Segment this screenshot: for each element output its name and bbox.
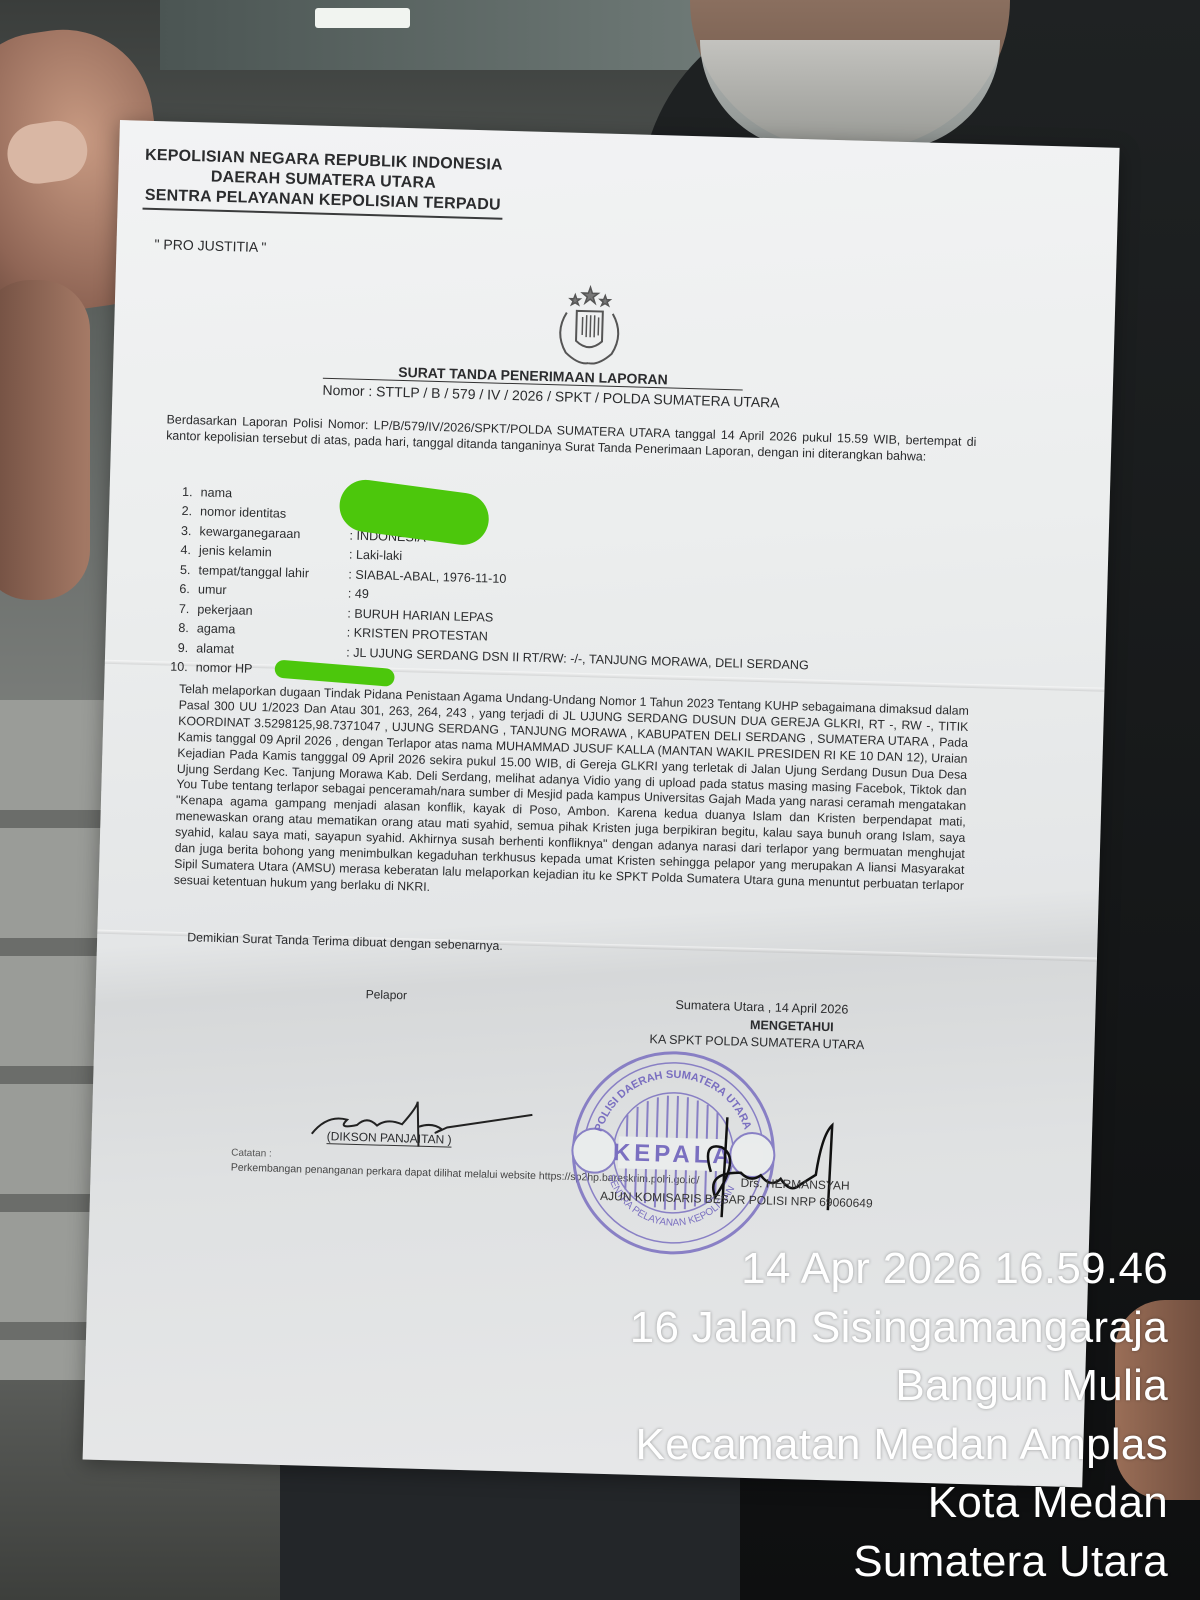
- watermark-address-line: Bangun Mulia: [630, 1357, 1168, 1416]
- watermark-address-line: Kecamatan Medan Amplas: [630, 1416, 1168, 1475]
- watermark-address-line: Kota Medan: [630, 1474, 1168, 1533]
- field-number: 3.: [163, 523, 199, 538]
- field-number: 5.: [162, 562, 198, 577]
- field-label: nomor identitas: [200, 505, 350, 523]
- field-number: 2.: [164, 504, 200, 519]
- reporter-label: Pelapor: [365, 987, 407, 1002]
- field-label: tempat/tanggal lahir: [198, 563, 348, 581]
- field-number: 8.: [161, 621, 197, 636]
- ceiling-light: [315, 8, 410, 28]
- field-number: 9.: [160, 640, 196, 655]
- field-label: alamat: [196, 641, 346, 659]
- watermark-timestamp: 14 Apr 2026 16.59.46: [630, 1240, 1168, 1299]
- field-label: agama: [197, 622, 347, 640]
- photo-watermark: 14 Apr 2026 16.59.46 16 Jalan Sisingaman…: [630, 1240, 1168, 1591]
- field-label: umur: [198, 583, 348, 601]
- acknowledged-label: MENGETAHUI: [750, 1018, 834, 1034]
- note-label: Catatan :: [231, 1148, 272, 1160]
- police-emblem-icon: [543, 282, 635, 374]
- pro-justitia: " PRO JUSTITIA ": [154, 236, 266, 255]
- background-window: [160, 0, 720, 70]
- thumbnail: [4, 117, 92, 188]
- report-body: Telah melaporkan dugaan Tindak Pidana Pe…: [174, 682, 969, 911]
- letterhead: KEPOLISIAN NEGARA REPUBLIK INDONESIA DAE…: [143, 146, 505, 220]
- intro-paragraph: Berdasarkan Laporan Polisi Nomor: LP/B/5…: [166, 411, 977, 466]
- watermark-address-line: Sumatera Utara: [630, 1533, 1168, 1592]
- field-number: 7.: [161, 601, 197, 616]
- field-number: 6.: [162, 582, 198, 597]
- place-date: Sumatera Utara , 14 April 2026: [675, 998, 848, 1017]
- officer-name: Drs. HERMANSYAH: [740, 1176, 849, 1193]
- left-fingers: [0, 280, 90, 600]
- field-label: pekerjaan: [197, 602, 347, 620]
- closing-statement: Demikian Surat Tanda Terima dibuat denga…: [187, 930, 503, 953]
- field-number: 1.: [164, 484, 200, 499]
- field-label: jenis kelamin: [199, 544, 349, 562]
- watermark-address-line: 16 Jalan Sisingamangaraja: [630, 1299, 1168, 1358]
- field-label: kewarganegaraan: [199, 524, 349, 542]
- field-label: nama: [200, 485, 350, 503]
- field-number: 10.: [160, 660, 196, 675]
- field-number: 4.: [163, 543, 199, 558]
